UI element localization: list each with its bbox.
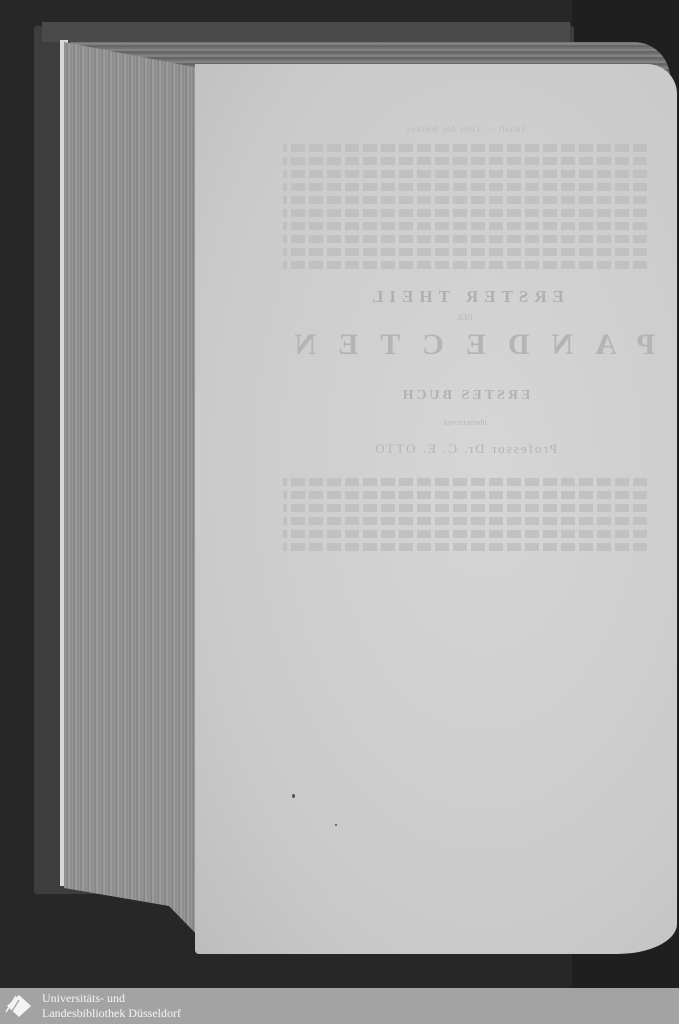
show-through-title-1: ERSTER THEIL <box>275 287 655 307</box>
show-through-line <box>283 261 647 269</box>
show-through-line <box>283 196 647 204</box>
paper-speck <box>335 824 337 826</box>
show-through-running-header: Inhalt — Titel des Werkes <box>275 124 655 134</box>
library-name-line-2: Landesbibliothek Düsseldorf <box>42 1006 181 1021</box>
show-through-line <box>283 144 647 152</box>
show-through-line <box>283 491 647 499</box>
ulb-duesseldorf-logo-icon <box>4 992 34 1020</box>
show-through-line <box>283 530 647 538</box>
show-through-connector: DER <box>275 313 655 322</box>
show-through-translator: übersetzt von <box>275 418 655 427</box>
book-cover-top-edge <box>42 22 570 42</box>
show-through-line <box>283 517 647 525</box>
page-stack-edges <box>64 42 204 942</box>
show-through-line <box>283 543 647 551</box>
library-footer: Universitäts- und Landesbibliothek Düsse… <box>0 988 679 1024</box>
show-through-line <box>283 235 647 243</box>
show-through-line <box>283 478 647 486</box>
book-page: Inhalt — Titel des Werkes ERSTER THEIL D… <box>195 64 677 954</box>
show-through-author: Professor Dr. C. E. OTTO <box>275 441 655 457</box>
show-through-line <box>283 157 647 165</box>
show-through-line <box>283 248 647 256</box>
show-through-line <box>283 170 647 178</box>
show-through-title-2: PANDECTEN <box>275 328 655 362</box>
show-through-line <box>283 209 647 217</box>
show-through-line <box>283 222 647 230</box>
library-name: Universitäts- und Landesbibliothek Düsse… <box>42 991 181 1021</box>
library-name-line-1: Universitäts- und <box>42 991 181 1006</box>
book-scan: Inhalt — Titel des Werkes ERSTER THEIL D… <box>0 0 679 988</box>
paper-speck <box>292 794 295 798</box>
show-through-line <box>283 183 647 191</box>
show-through-text: Inhalt — Titel des Werkes ERSTER THEIL D… <box>275 124 655 556</box>
show-through-line <box>283 504 647 512</box>
show-through-book: ERSTES BUCH <box>275 388 655 404</box>
